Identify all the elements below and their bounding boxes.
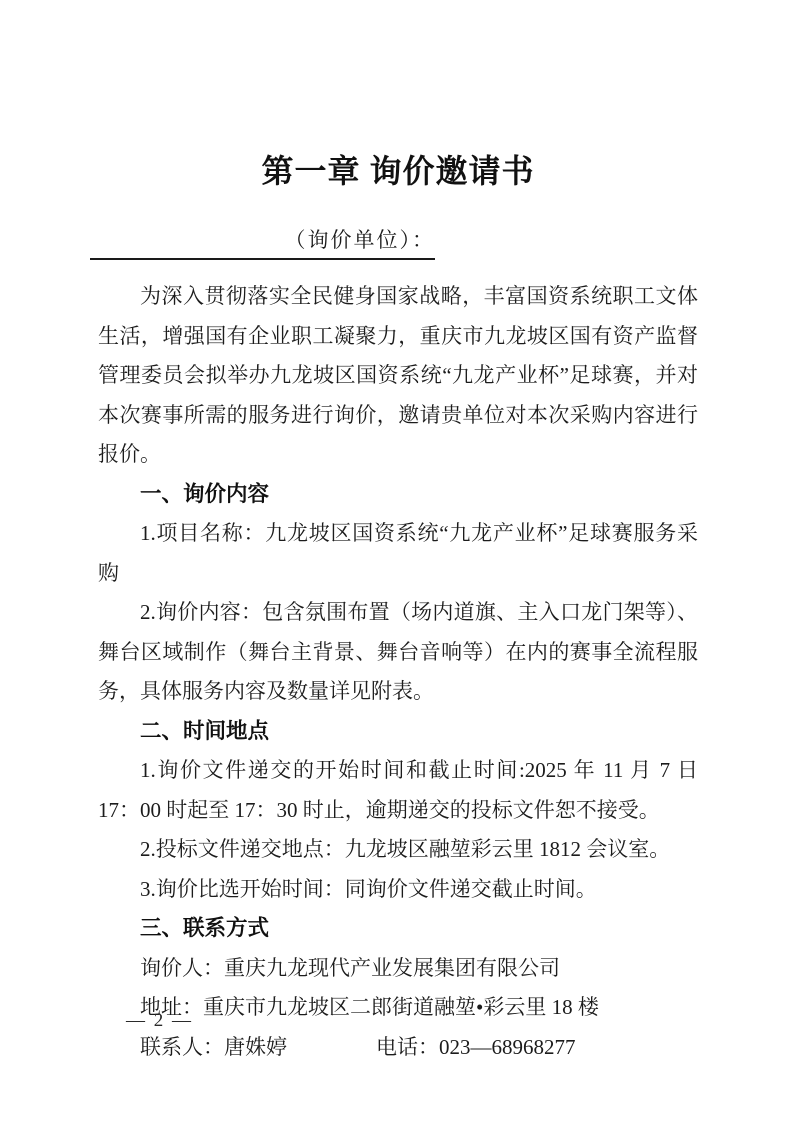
addressee-blank-line: （询价单位）： bbox=[90, 226, 435, 260]
time-item-submission-window: 1.询价文件递交的开始时间和截止时间:2025 年 11 月 7 日 17：00… bbox=[98, 751, 698, 830]
page-number: — 2 — bbox=[126, 1008, 193, 1034]
section-heading-contact: 三、联系方式 bbox=[98, 909, 698, 949]
time-item-submission-place: 2.投标文件递交地点：九龙坡区融堃彩云里 1812 会议室。 bbox=[98, 830, 698, 870]
time-item-comparison-start: 3.询价比选开始时间：同询价文件递交截止时间。 bbox=[98, 870, 698, 910]
contact-phone: 电话：023—68968277 bbox=[376, 1035, 576, 1059]
intro-paragraph: 为深入贯彻落实全民健身国家战略，丰富国资系统职工文体生活，增强国有企业职工凝聚力… bbox=[98, 277, 698, 475]
inquiry-item-scope: 2.询价内容：包含氛围布置（场内道旗、主入口龙门架等）、舞台区域制作（舞台主背景… bbox=[98, 593, 698, 712]
document-page: 第一章 询价邀请书 （询价单位）： 为深入贯彻落实全民健身国家战略，丰富国资系统… bbox=[0, 0, 793, 1122]
chapter-title: 第一章 询价邀请书 bbox=[98, 0, 698, 192]
contact-inquirer: 询价人：重庆九龙现代产业发展集团有限公司 bbox=[98, 949, 698, 989]
section-heading-inquiry-content: 一、询价内容 bbox=[98, 475, 698, 515]
document-body: 第一章 询价邀请书 （询价单位）： 为深入贯彻落实全民健身国家战略，丰富国资系统… bbox=[0, 0, 793, 1067]
inquiry-item-project-name: 1.项目名称：九龙坡区国资系统“九龙产业杯”足球赛服务采购 bbox=[98, 514, 698, 593]
section-heading-time-place: 二、时间地点 bbox=[98, 712, 698, 752]
